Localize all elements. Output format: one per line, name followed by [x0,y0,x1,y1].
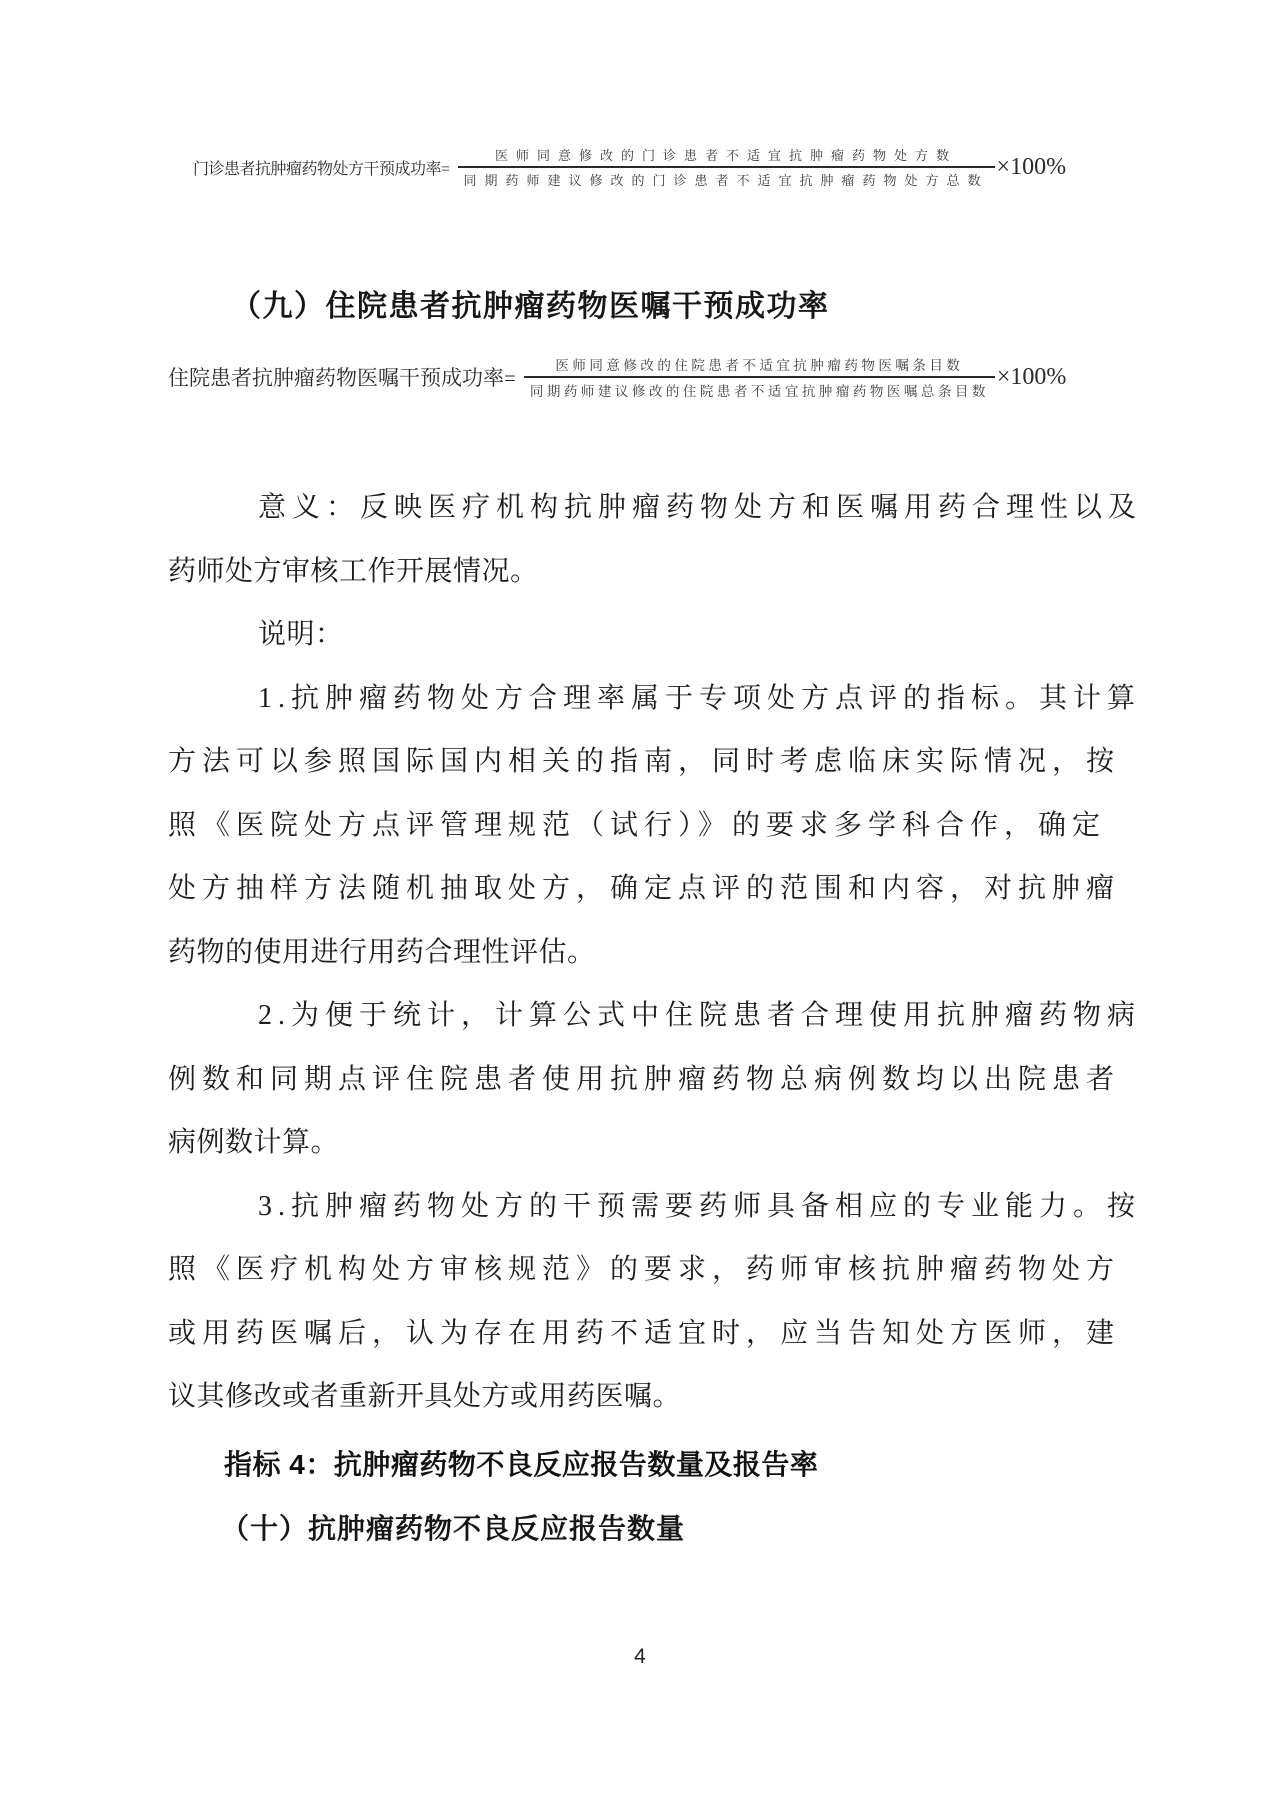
page-number: 4 [0,1645,1280,1669]
body-line: 病例数计算。 [168,1111,1120,1175]
formula-multiplier: ×100% [997,154,1067,181]
formula-fraction: 医师同意修改的门诊患者不适宜抗肿瘤药物处方数 同期药师建议修改的门诊患者不适宜抗… [458,143,995,191]
formula-label: 门诊患者抗肿瘤药物处方干预成功率= [193,156,450,179]
formula-fraction: 医师同意修改的住院患者不适宜抗肿瘤药物医嘱条目数 同期药师建议修改的住院患者不适… [524,352,995,402]
document-page: 门诊患者抗肿瘤药物处方干预成功率= 医师同意修改的门诊患者不适宜抗肿瘤药物处方数… [0,0,1280,1810]
body-line: 议其修改或者重新开具处方或用药医嘱。 [168,1365,1120,1429]
formula-inpatient-intervention-rate: 住院患者抗肿瘤药物医嘱干预成功率= 医师同意修改的住院患者不适宜抗肿瘤药物医嘱条… [168,352,1066,402]
body-line: 说明： [168,603,1120,667]
formula-numerator: 医师同意修改的住院患者不适宜抗肿瘤药物医嘱条目数 [549,352,969,376]
indicator-4-heading: 指标 4：抗肿瘤药物不良反应报告数量及报告率 [224,1443,818,1483]
body-line: 意义：反映医疗机构抗肿瘤药物处方和医嘱用药合理性以及 [168,476,1120,540]
body-line: 处方抽样方法随机抽取处方，确定点评的范围和内容，对抗肿瘤 [168,857,1120,921]
body-line: 1.抗肿瘤药物处方合理率属于专项处方点评的指标。其计算 [168,667,1120,731]
body-line: 照《医院处方点评管理规范（试行）》的要求多学科合作，确定 [168,794,1120,858]
body-line: 照《医疗机构处方审核规范》的要求，药师审核抗肿瘤药物处方 [168,1238,1120,1302]
body-line: 药物的使用进行用药合理性评估。 [168,921,1120,985]
formula-denominator: 同期药师建议修改的住院患者不适宜抗肿瘤药物医嘱总条目数 [524,378,995,402]
formula-outpatient-intervention-rate: 门诊患者抗肿瘤药物处方干预成功率= 医师同意修改的门诊患者不适宜抗肿瘤药物处方数… [193,143,1066,191]
section-heading-10: （十）抗肿瘤药物不良反应报告数量 [221,1507,685,1547]
formula-denominator: 同期药师建议修改的门诊患者不适宜抗肿瘤药物处方总数 [458,168,995,191]
body-line: 例数和同期点评住院患者使用抗肿瘤药物总病例数均以出院患者 [168,1048,1120,1112]
section-heading-9: （九）住院患者抗肿瘤药物医嘱干预成功率 [231,281,830,325]
body-line: 或用药医嘱后，认为存在用药不适宜时，应当告知处方医师，建 [168,1302,1120,1366]
formula-numerator: 医师同意修改的门诊患者不适宜抗肿瘤药物处方数 [489,143,963,166]
body-text: 意义：反映医疗机构抗肿瘤药物处方和医嘱用药合理性以及 药师处方审核工作开展情况。… [168,476,1120,1429]
body-line: 方法可以参照国际国内相关的指南，同时考虑临床实际情况，按 [168,730,1120,794]
body-line: 药师处方审核工作开展情况。 [168,540,1120,604]
formula-label: 住院患者抗肿瘤药物医嘱干预成功率= [168,362,516,392]
body-line: 3.抗肿瘤药物处方的干预需要药师具备相应的专业能力。按 [168,1175,1120,1239]
formula-multiplier: ×100% [997,364,1067,391]
body-line: 2.为便于统计，计算公式中住院患者合理使用抗肿瘤药物病 [168,984,1120,1048]
